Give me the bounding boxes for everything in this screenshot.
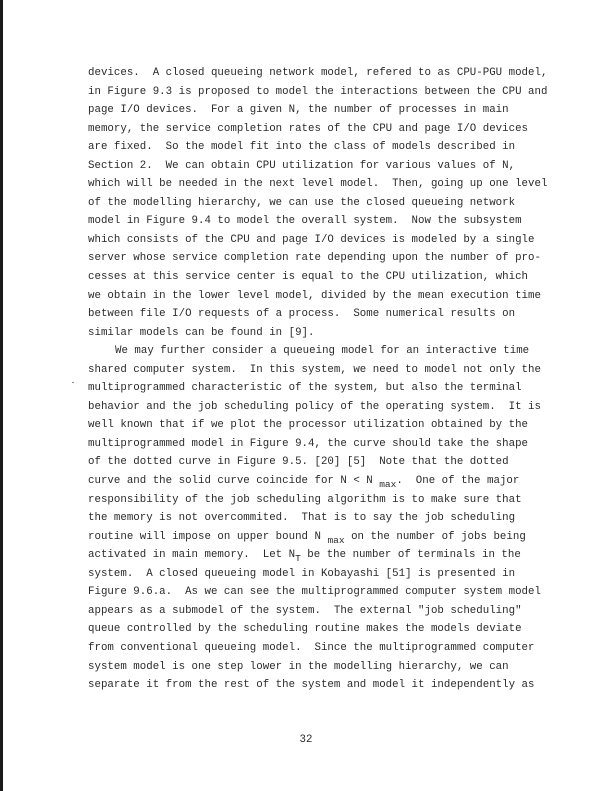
body-text: devices. A closed queueing network model…: [88, 64, 568, 695]
page-number: 32: [0, 734, 612, 746]
text-line: are fixed. So the model fit into the cla…: [88, 138, 568, 157]
text-segment: . One of the major: [396, 475, 519, 487]
document-page: devices. A closed queueing network model…: [0, 0, 612, 791]
text-segment: routine will impose on upper bound N: [88, 531, 327, 543]
text-line: in Figure 9.3 is proposed to model the i…: [88, 83, 568, 102]
text-line: shared computer system. In this system, …: [88, 361, 568, 380]
text-line: we obtain in the lower level model, divi…: [88, 287, 568, 306]
text-line: devices. A closed queueing network model…: [88, 64, 568, 83]
text-line: of the modelling hierarchy, we can use t…: [88, 194, 568, 213]
text-line: Section 2. We can obtain CPU utilization…: [88, 157, 568, 176]
text-line: server whose service completion rate dep…: [88, 249, 568, 268]
subscript: max: [327, 535, 344, 546]
text-line: well known that if we plot the processor…: [88, 416, 568, 435]
text-line: We may further consider a queueing model…: [88, 342, 568, 361]
text-line: cesses at this service center is equal t…: [88, 268, 568, 287]
text-line: from conventional queueing model. Since …: [88, 639, 568, 658]
text-line: multiprogrammed model in Figure 9.4, the…: [88, 435, 568, 454]
text-line: appears as a submodel of the system. The…: [88, 602, 568, 621]
scanned-page-edge: [0, 0, 3, 791]
text-segment: activated in main memory. Let N: [88, 549, 295, 561]
text-line: the memory is not overcommited. That is …: [88, 509, 568, 528]
text-line: activated in main memory. Let NT be the …: [88, 546, 568, 565]
text-line: which consists of the CPU and page I/O d…: [88, 231, 568, 250]
text-line: page I/O devices. For a given N, the num…: [88, 101, 568, 120]
text-line: between file I/O requests of a process. …: [88, 305, 568, 324]
text-line: queue controlled by the scheduling routi…: [88, 620, 568, 639]
text-line: routine will impose on upper bound N max…: [88, 528, 568, 547]
subscript: max: [379, 479, 396, 490]
text-line: system. A closed queueing model in Kobay…: [88, 565, 568, 584]
text-segment: be the number of terminals in the: [301, 549, 521, 561]
text-segment: curve and the solid curve coincide for N…: [88, 475, 379, 487]
text-line: responsibility of the job scheduling alg…: [88, 491, 568, 510]
text-line: memory, the service completion rates of …: [88, 120, 568, 139]
text-line: Figure 9.6.a. As we can see the multipro…: [88, 583, 568, 602]
text-line: which will be needed in the next level m…: [88, 175, 568, 194]
text-line: separate it from the rest of the system …: [88, 676, 568, 695]
subscript: T: [295, 553, 301, 564]
text-line: similar models can be found in [9].: [88, 324, 568, 343]
text-line: of the dotted curve in Figure 9.5. [20] …: [88, 453, 568, 472]
text-line: model in Figure 9.4 to model the overall…: [88, 212, 568, 231]
text-line: curve and the solid curve coincide for N…: [88, 472, 568, 491]
text-line: system model is one step lower in the mo…: [88, 658, 568, 677]
text-line: behavior and the job scheduling policy o…: [88, 398, 568, 417]
text-segment: on the number of jobs being: [345, 531, 526, 543]
text-line: multiprogrammed characteristic of the sy…: [88, 379, 568, 398]
scan-artifact: [72, 382, 74, 383]
